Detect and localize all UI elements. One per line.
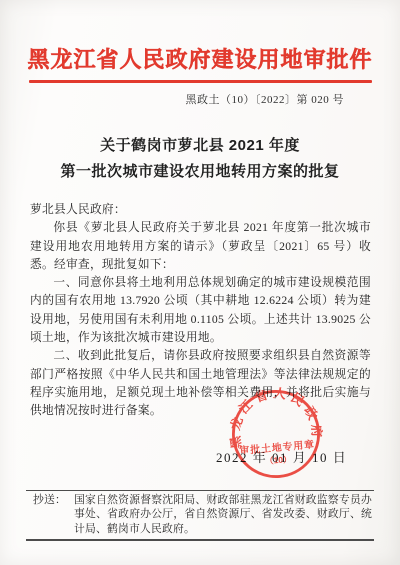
banner-title: 黑龙江省人民政府建设用地审批件	[14, 44, 386, 76]
paragraph-item-1: 一、同意你县将土地利用总体规划确定的城市建设规模范围内的国有农用地 13.792…	[30, 274, 371, 347]
cc-label: 抄送：	[26, 493, 74, 507]
doc-number: 黑政土（10）〔2022〕第 020 号	[186, 91, 345, 107]
cc-list: 国家自然资源督察沈阳局、财政部驻黑龙江省财政监察专员办事处、省政府办公厅，省自然…	[74, 493, 374, 536]
banner-rule	[29, 80, 372, 83]
document-body: 萝北县人民政府： 你县《萝北县人民政府关于萝北县 2021 年度第一批次城市建设…	[30, 201, 371, 421]
document-title-line2: 第一批次城市建设农用地转用方案的批复	[20, 159, 380, 185]
document-title-line1: 关于鹤岗市萝北县 2021 年度	[20, 133, 380, 159]
document-page: 黑龙江省人民政府建设用地审批件 黑政土（10）〔2022〕第 020 号 关于鹤…	[0, 0, 400, 565]
seal-number: （10）	[265, 454, 292, 466]
official-seal-icon: 黑龙江省人民政府 审批土地专用章 （10）	[225, 383, 327, 485]
cc-block: 抄送： 国家自然资源督察沈阳局、财政部驻黑龙江省财政监察专员办事处、省政府办公厅…	[26, 490, 374, 541]
salutation: 萝北县人民政府：	[30, 201, 371, 219]
document-title: 关于鹤岗市萝北县 2021 年度 第一批次城市建设农用地转用方案的批复	[20, 133, 380, 185]
paragraph-intro: 你县《萝北县人民政府关于萝北县 2021 年度第一批次城市建设用地农用地转用方案…	[30, 219, 371, 274]
